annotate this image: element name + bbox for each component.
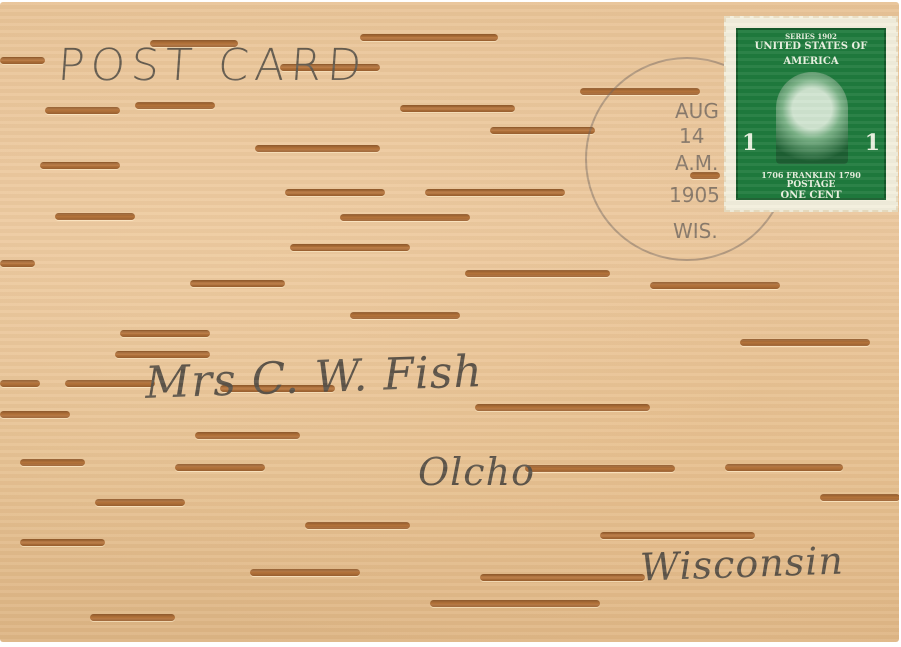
lenticel: [650, 282, 780, 289]
lenticel: [255, 145, 380, 152]
stamp-type: POSTAGE: [738, 180, 884, 190]
lenticel: [475, 404, 650, 411]
lenticel: [305, 522, 410, 529]
lenticel: [525, 465, 675, 472]
lenticel: [250, 569, 360, 576]
lenticel: [360, 34, 498, 41]
postmark-day: 14: [679, 124, 704, 148]
lenticel: [55, 213, 135, 220]
lenticel: [65, 380, 155, 387]
lenticel: [430, 600, 600, 607]
stamp-country: UNITED STATES OF: [738, 41, 884, 52]
postage-stamp: SERIES 1902 UNITED STATES OF AMERICA 1 1…: [724, 16, 898, 212]
address-recipient: Mrs C. W. Fish: [144, 346, 483, 409]
lenticel: [490, 127, 595, 134]
lenticel: [120, 330, 210, 337]
lenticel: [600, 532, 755, 539]
lenticel: [0, 260, 35, 267]
post-card-heading: POST CARD: [56, 40, 369, 91]
postmark-state: WIS.: [673, 219, 718, 243]
postmark-period: A.M.: [675, 151, 718, 175]
postmark-month: AUG: [675, 99, 719, 123]
lenticel: [40, 162, 120, 169]
stamp-name-line: 1706 FRANKLIN 1790: [738, 170, 884, 180]
birch-bark-postcard: POST CARD Mrs C. W. Fish Olcho Wisconsin…: [0, 2, 899, 642]
stamp-denomination-left: 1: [742, 130, 757, 156]
lenticel: [0, 411, 70, 418]
lenticel: [45, 107, 120, 114]
stamp-series: SERIES 1902: [738, 32, 884, 41]
lenticel: [465, 270, 610, 277]
address-state: Wisconsin: [639, 538, 844, 589]
lenticel: [0, 380, 40, 387]
stamp-country2: AMERICA: [738, 56, 884, 67]
lenticel: [190, 280, 285, 287]
lenticel: [740, 339, 870, 346]
franklin-portrait-icon: [776, 72, 848, 164]
stamp-value: ONE CENT: [738, 190, 884, 201]
lenticel: [175, 464, 265, 471]
stamp-denomination-right: 1: [865, 130, 880, 156]
lenticel: [820, 494, 899, 501]
lenticel: [195, 432, 300, 439]
lenticel: [135, 102, 215, 109]
lenticel: [90, 614, 175, 621]
lenticel: [0, 57, 45, 64]
lenticel: [725, 464, 843, 471]
lenticel: [95, 499, 185, 506]
lenticel: [480, 574, 645, 581]
lenticel: [340, 214, 470, 221]
lenticel: [290, 244, 410, 251]
lenticel: [20, 539, 105, 546]
lenticel: [285, 189, 385, 196]
lenticel: [350, 312, 460, 319]
lenticel: [400, 105, 515, 112]
lenticel: [20, 459, 85, 466]
lenticel: [425, 189, 565, 196]
postmark-year: 1905: [669, 183, 720, 207]
address-town: Olcho: [418, 450, 535, 494]
